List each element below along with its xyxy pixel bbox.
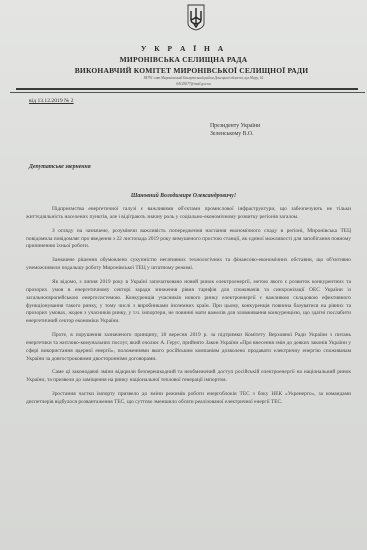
letterhead-rule bbox=[16, 88, 358, 90]
subject-line: Депутатське звернення bbox=[29, 164, 91, 170]
paragraph: З огляду на зазначене, розуміючи важливі… bbox=[26, 228, 351, 251]
paragraph: Підприємства енергетичної галузі є важли… bbox=[26, 206, 351, 222]
paragraph: Проте, в порушення зазначеного принципу,… bbox=[26, 332, 351, 363]
letterhead-address: 84791 смт.Миронівський Бахмутський район… bbox=[20, 76, 367, 80]
trident-coat-of-arms-icon bbox=[187, 4, 205, 31]
date-line: від 13.12.2019 № 2 bbox=[29, 98, 74, 104]
addressee-block: Президенту України Зеленському В.О. bbox=[210, 122, 260, 138]
letterhead-rule-thin bbox=[10, 92, 365, 93]
letterhead-committee: ВИКОНАВЧИЙ КОМІТЕТ МИРОНІВСЬКОЇ СЕЛИЩНОЇ… bbox=[8, 66, 367, 75]
letter-page: У К Р А Ї Н А МИРОНІВСЬКА СЕЛИЩНА РАДА В… bbox=[0, 0, 367, 550]
paragraph: Зазначене рішення обумовлено сукупністю … bbox=[26, 257, 351, 273]
letterhead-contact: 04143677@mail.gov.ua bbox=[10, 82, 367, 86]
paragraph: Саме ці законодавчі зміни відкрили безпе… bbox=[26, 369, 351, 385]
paragraph: Як відомо, з липня 2019 року в Україні з… bbox=[26, 279, 351, 326]
addressee-title: Президенту України bbox=[210, 122, 260, 130]
letterhead-council: МИРОНІВСЬКА СЕЛИЩНА РАДА bbox=[0, 55, 367, 64]
letter-body: Підприємства енергетичної галузі є важли… bbox=[26, 206, 351, 413]
letterhead-country: У К Р А Ї Н А bbox=[0, 44, 367, 53]
addressee-name: Зеленському В.О. bbox=[210, 130, 260, 138]
greeting: Шановний Володимире Олександровичу! bbox=[0, 193, 367, 199]
paragraph: Зростання частки імпорту призвело до змі… bbox=[26, 391, 351, 407]
